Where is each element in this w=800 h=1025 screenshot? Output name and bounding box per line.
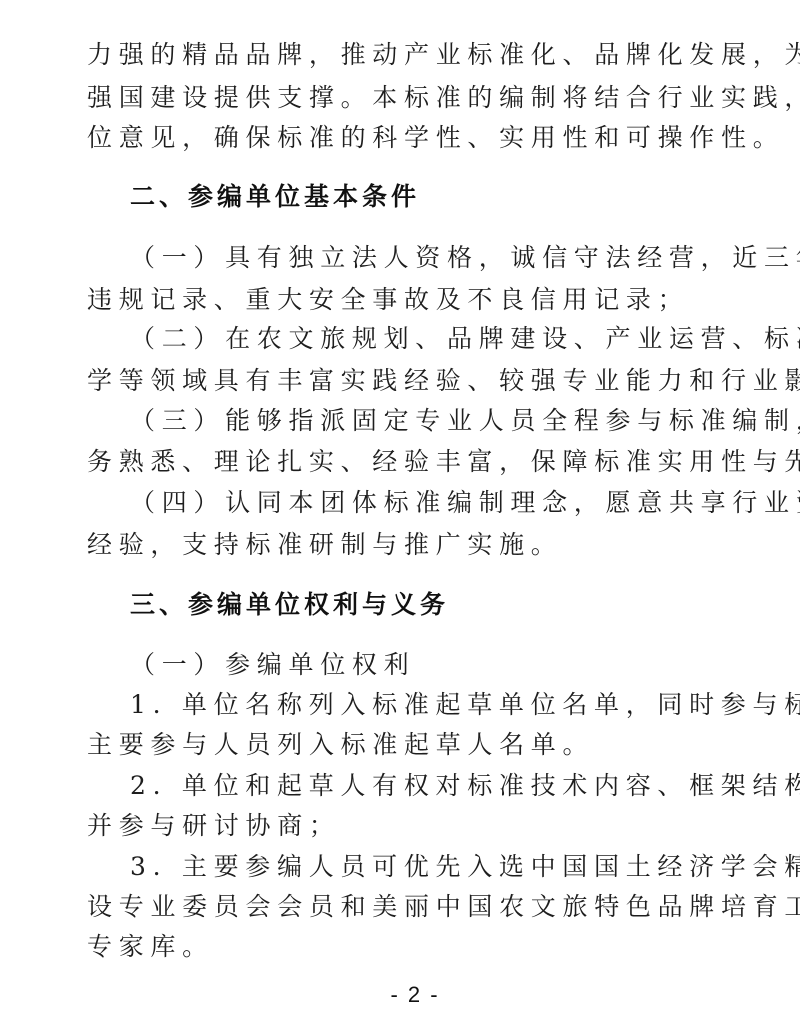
paragraph-line: 专家库。 (87, 927, 727, 967)
paragraph-line: 位意见，确保标准的科学性、实用性和可操作性。 (87, 118, 727, 158)
paragraph-line: （三）能够指派固定专业人员全程参与标准编制，起草人员应业 (130, 401, 730, 441)
paragraph-line: （二）在农文旅规划、品牌建设、产业运营、标准研究、科研教 (130, 319, 730, 359)
paragraph-line: 务熟悉、理论扎实、经验丰富，保障标准实用性与先进性； (87, 442, 727, 482)
section-heading-3: 三、参编单位权利与义务 (130, 585, 730, 625)
subsection-heading: （一）参编单位权利 (130, 645, 730, 685)
document-page: 力强的精品品牌，推动产业标准化、品牌化发展，为乡村振兴和农业 强国建设提供支撑。… (0, 0, 800, 1025)
paragraph-line: 力强的精品品牌，推动产业标准化、品牌化发展，为乡村振兴和农业 (87, 35, 727, 75)
paragraph-line: 违规记录、重大安全事故及不良信用记录； (87, 280, 727, 320)
paragraph-line: （一）具有独立法人资格，诚信守法经营，近三年内无重大违法 (130, 238, 730, 278)
paragraph-line: 经验，支持标准研制与推广实施。 (87, 525, 727, 565)
paragraph-line: 设专业委员会会员和美丽中国农文旅特色品牌培育工程联合办公室 (87, 887, 727, 927)
paragraph-line: 主要参与人员列入标准起草人名单。 (87, 725, 727, 765)
section-heading-2: 二、参编单位基本条件 (130, 177, 730, 217)
paragraph-line: 并参与研讨协商； (87, 806, 727, 846)
page-number: - 2 - (0, 982, 800, 1008)
paragraph-line: 学等领域具有丰富实践经验、较强专业能力和行业影响力； (87, 361, 727, 401)
paragraph-line: 强国建设提供支撑。本标准的编制将结合行业实践，广泛吸纳参编单 (87, 78, 727, 118)
paragraph-line: 1. 单位名称列入标准起草单位名单，同时参与标准起草工作的 (130, 685, 730, 725)
paragraph-line: 3. 主要参编人员可优先入选中国国土经济学会精品农业品牌建 (130, 847, 730, 887)
paragraph-line: （四）认同本团体标准编制理念，愿意共享行业资源、贡献实践 (130, 483, 730, 523)
paragraph-line: 2. 单位和起草人有权对标准技术内容、框架结构提出意见建议， (130, 766, 730, 806)
